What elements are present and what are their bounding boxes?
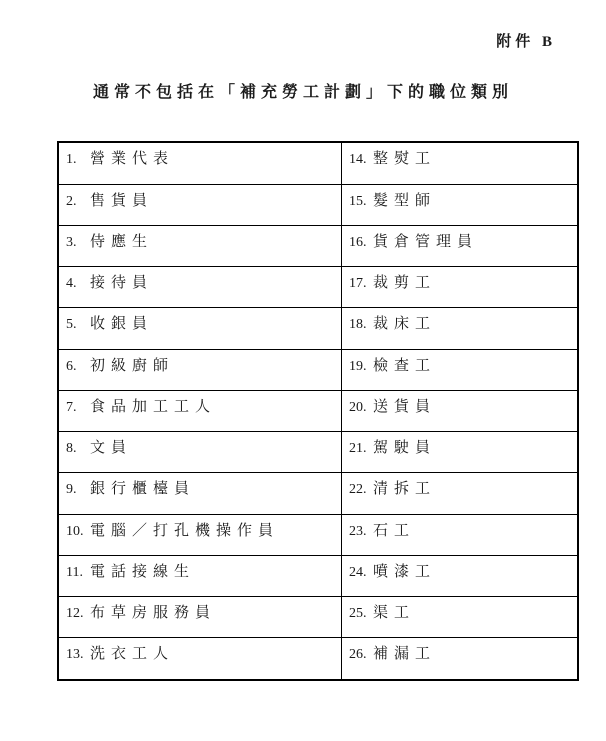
job-number: 25. [349, 605, 373, 622]
job-categories-table: 1.營業代表 14.整熨工 2.售貨員 15.髮型師 3.侍應生 16.貨倉管理… [57, 141, 579, 681]
job-title: 文員 [90, 440, 132, 456]
job-title: 侍應生 [90, 234, 153, 250]
job-cell: 14.整熨工 [342, 142, 579, 184]
job-title: 石工 [373, 523, 415, 539]
job-number: 7. [66, 399, 90, 416]
job-number: 9. [66, 481, 90, 498]
table-row: 11.電話接線生 24.噴漆工 [58, 555, 578, 596]
job-cell: 26.補漏工 [342, 638, 579, 680]
job-title: 送貨員 [373, 399, 436, 415]
job-title: 貨倉管理員 [373, 234, 478, 250]
job-number: 4. [66, 275, 90, 292]
job-title: 食品加工工人 [90, 399, 216, 415]
job-cell: 16.貨倉管理員 [342, 225, 579, 266]
table-row: 5.收銀員 18.裁床工 [58, 308, 578, 349]
job-title: 駕駛員 [373, 440, 436, 456]
job-cell: 7.食品加工工人 [58, 390, 342, 431]
job-cell: 3.侍應生 [58, 225, 342, 266]
job-number: 24. [349, 564, 373, 581]
job-title: 布草房服務員 [90, 605, 216, 621]
job-cell: 25.渠工 [342, 597, 579, 638]
table-row: 1.營業代表 14.整熨工 [58, 142, 578, 184]
job-title: 電話接線生 [90, 564, 195, 580]
job-cell: 21.駕駛員 [342, 432, 579, 473]
job-cell: 12.布草房服務員 [58, 597, 342, 638]
job-title: 售貨員 [90, 193, 153, 209]
job-number: 17. [349, 275, 373, 292]
job-title: 營業代表 [90, 151, 174, 167]
job-title: 髮型師 [373, 193, 436, 209]
job-cell: 13.洗衣工人 [58, 638, 342, 680]
job-title: 電腦／打孔機操作員 [90, 523, 279, 539]
job-number: 20. [349, 399, 373, 416]
job-cell: 9.銀行櫃檯員 [58, 473, 342, 514]
job-number: 15. [349, 193, 373, 210]
job-cell: 22.清拆工 [342, 473, 579, 514]
job-number: 1. [66, 151, 90, 168]
job-title: 洗衣工人 [90, 646, 174, 662]
job-title: 接待員 [90, 275, 153, 291]
job-title: 裁剪工 [373, 275, 436, 291]
job-number: 16. [349, 234, 373, 251]
table-row: 12.布草房服務員 25.渠工 [58, 597, 578, 638]
job-number: 2. [66, 193, 90, 210]
job-title: 銀行櫃檯員 [90, 481, 195, 497]
job-cell: 18.裁床工 [342, 308, 579, 349]
job-cell: 20.送貨員 [342, 390, 579, 431]
job-cell: 23.石工 [342, 514, 579, 555]
job-cell: 6.初級廚師 [58, 349, 342, 390]
job-number: 21. [349, 440, 373, 457]
job-cell: 2.售貨員 [58, 184, 342, 225]
job-cell: 4.接待員 [58, 267, 342, 308]
job-title: 補漏工 [373, 646, 436, 662]
job-cell: 10.電腦／打孔機操作員 [58, 514, 342, 555]
job-cell: 8.文員 [58, 432, 342, 473]
job-number: 10. [66, 523, 90, 540]
job-title: 初級廚師 [90, 358, 174, 374]
table-row: 8.文員 21.駕駛員 [58, 432, 578, 473]
job-cell: 17.裁剪工 [342, 267, 579, 308]
job-number: 22. [349, 481, 373, 498]
job-number: 8. [66, 440, 90, 457]
job-cell: 5.收銀員 [58, 308, 342, 349]
job-title: 噴漆工 [373, 564, 436, 580]
table-row: 3.侍應生 16.貨倉管理員 [58, 225, 578, 266]
job-number: 6. [66, 358, 90, 375]
job-number: 14. [349, 151, 373, 168]
annex-label: 附件 B [496, 30, 556, 51]
document-page: 附件 B 通常不包括在「補充勞工計劃」下的職位類別 1.營業代表 14.整熨工 … [0, 0, 606, 741]
job-number: 11. [66, 564, 90, 581]
job-number: 23. [349, 523, 373, 540]
job-title: 整熨工 [373, 151, 436, 167]
job-number: 19. [349, 358, 373, 375]
table-row: 7.食品加工工人 20.送貨員 [58, 390, 578, 431]
job-number: 5. [66, 316, 90, 333]
job-title: 裁床工 [373, 316, 436, 332]
page-title: 通常不包括在「補充勞工計劃」下的職位類別 [0, 79, 606, 102]
job-cell: 1.營業代表 [58, 142, 342, 184]
table-row: 6.初級廚師 19.檢查工 [58, 349, 578, 390]
job-number: 12. [66, 605, 90, 622]
job-title: 清拆工 [373, 481, 436, 497]
table-row: 13.洗衣工人 26.補漏工 [58, 638, 578, 680]
job-number: 3. [66, 234, 90, 251]
job-cell: 24.噴漆工 [342, 555, 579, 596]
job-number: 13. [66, 646, 90, 663]
job-title: 檢查工 [373, 358, 436, 374]
table-row: 9.銀行櫃檯員 22.清拆工 [58, 473, 578, 514]
job-categories-table-body: 1.營業代表 14.整熨工 2.售貨員 15.髮型師 3.侍應生 16.貨倉管理… [58, 142, 578, 680]
job-cell: 15.髮型師 [342, 184, 579, 225]
job-number: 26. [349, 646, 373, 663]
job-number: 18. [349, 316, 373, 333]
job-title: 渠工 [373, 605, 415, 621]
table-row: 10.電腦／打孔機操作員 23.石工 [58, 514, 578, 555]
table-row: 2.售貨員 15.髮型師 [58, 184, 578, 225]
job-cell: 11.電話接線生 [58, 555, 342, 596]
job-cell: 19.檢查工 [342, 349, 579, 390]
table-row: 4.接待員 17.裁剪工 [58, 267, 578, 308]
job-title: 收銀員 [90, 316, 153, 332]
